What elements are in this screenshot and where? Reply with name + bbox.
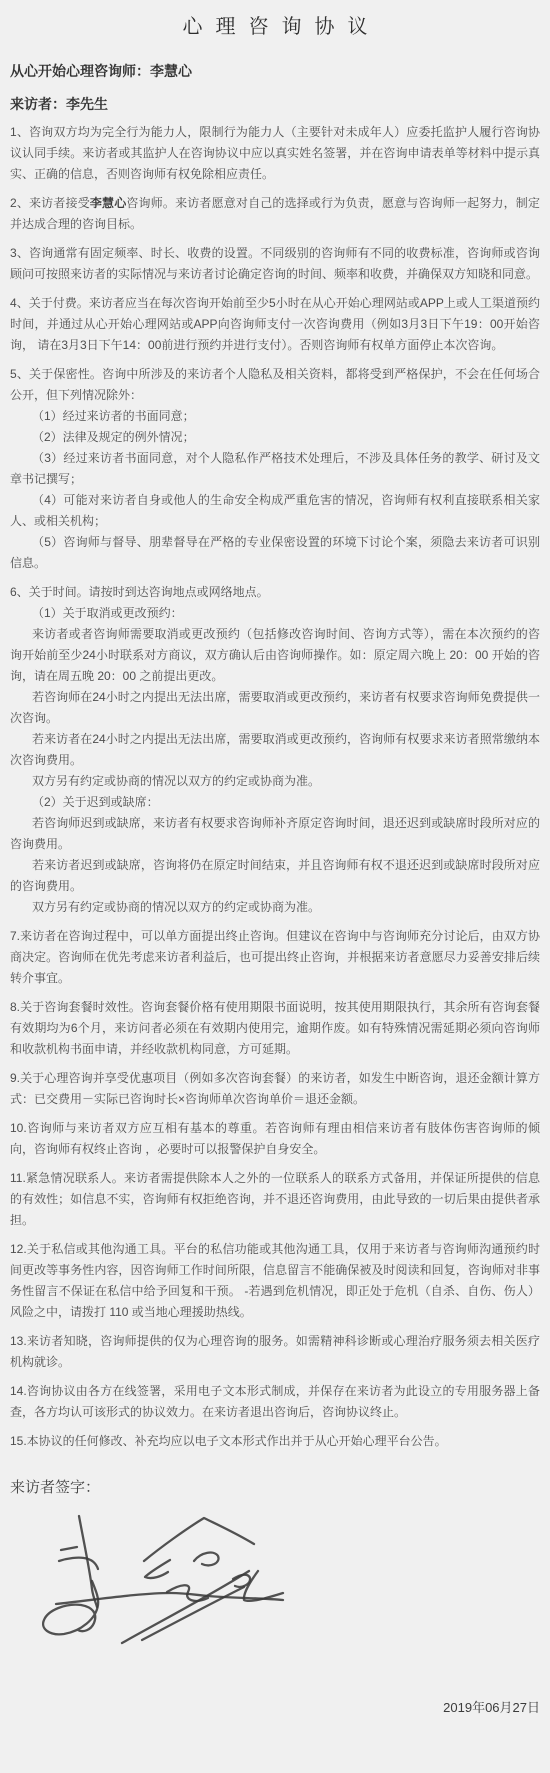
clause-6-subitem-2-para-1: 若咨询师迟到或缺席，来访者有权要求咨询师补齐原定咨询时间，退还迟到或缺席时段所对… [10,813,540,855]
visitor-signature-drawing [36,1503,286,1663]
clause-5-subitem-3: （3）经过来访者书面同意，对个人隐私作严格技术处理后，不涉及具体任务的教学、研讨… [10,448,540,490]
clause-5: 5、关于保密性。咨询中所涉及的来访者个人隐私及相关资料，都将受到严格保护，不会在… [10,364,540,406]
clause-6-subitem-2-para-3: 双方另有约定或协商的情况以双方的约定或协商为准。 [10,897,540,918]
signature-date: 2019年06月27日 [10,1697,540,1716]
clause-6: 6、关于时间。请按时到达咨询地点或网络地点。 [10,582,540,603]
clause-6-subitem-1-para-2: 若咨询师在24小时之内提出无法出席，需要取消或更改预约，来访者有权要求咨询师免费… [10,687,540,729]
clause-5-subitem-2: （2）法律及规定的例外情况； [10,427,540,448]
counselor-name-bold: 李慧心 [90,196,127,210]
clause-1: 1、咨询双方均为完全行为能力人，限制行为能力人（主要针对未成年人）应委托监护人履… [10,122,540,185]
clause-12: 12.关于私信或其他沟通工具。平台的私信功能或其他沟通工具，仅用于来访者与咨询师… [10,1239,540,1323]
document-title: 心理咨询协议 [10,10,540,39]
clause-5-subitem-1: （1）经过来访者的书面同意； [10,406,540,427]
agreement-document: 心理咨询协议 从心开始心理咨询师：李慧心 来访者：李先生 1、咨询双方均为完全行… [0,0,550,1773]
clause-10: 10.咨询师与来访者双方应互相有基本的尊重。若咨询师有理由相信来访者有肢体伤害咨… [10,1118,540,1160]
clause-4: 4、关于付费。来访者应当在每次咨询开始前至少5小时在从心开始心理网站或APP上或… [10,293,540,356]
clause-5-subitem-5: （5）咨询师与督导、朋辈督导在严格的专业保密设置的环境下讨论个案，须隐去来访者可… [10,532,540,574]
clause-6-subitem-2-para-2: 若来访者迟到或缺席，咨询将仍在原定时间结束，并且咨询师有权不退还迟到或缺席时段所… [10,855,540,897]
clause-14: 14.咨询协议由各方在线签署，采用电子文本形式制成，并保存在来访者为此设立的专用… [10,1381,540,1423]
clause-6-subitem-2: （2）关于迟到或缺席： [10,792,540,813]
clause-6-subitem-1: （1）关于取消或更改预约： [10,603,540,624]
visitor-line: 来访者：李先生 [10,94,540,114]
clause-15: 15.本协议的任何修改、补充均应以电子文本形式作出并于从心开始心理平台公告。 [10,1431,540,1452]
clause-6-subitem-1-para-4: 双方另有约定或协商的情况以双方的约定或协商为准。 [10,771,540,792]
clause-6-subitem-1-para-1: 来访者或者咨询师需要取消或更改预约（包括修改咨询时间、咨询方式等），需在本次预约… [10,624,540,687]
visitor-signature-label: 来访者签字： [10,1476,540,1497]
counselor-line: 从心开始心理咨询师：李慧心 [10,61,540,81]
clause-13: 13.来访者知晓，咨询师提供的仅为心理咨询的服务。如需精神科诊断或心理治疗服务须… [10,1331,540,1373]
clause-6-subitem-1-para-3: 若来访者在24小时之内提出无法出席，需要取消或更改预约，咨询师有权要求来访者照常… [10,729,540,771]
clause-8: 8.关于咨询套餐时效性。咨询套餐价格有使用期限书面说明，按其使用期限执行，其余所… [10,997,540,1060]
clause-2-prefix: 2、来访者接受 [10,196,90,210]
clause-3: 3、咨询通常有固定频率、时长、收费的设置。不同级别的咨询师有不同的收费标准，咨询… [10,243,540,285]
clause-9: 9.关于心理咨询并享受优惠项目（例如多次咨询套餐）的来访者，如发生中断咨询，退还… [10,1068,540,1110]
clause-5-subitem-4: （4）可能对来访者自身或他人的生命安全构成严重危害的情况，咨询师有权利直接联系相… [10,490,540,532]
clause-11: 11.紧急情况联系人。来访者需提供除本人之外的一位联系人的联系方式备用，并保证所… [10,1168,540,1231]
clause-7: 7.来访者在咨询过程中，可以单方面提出终止咨询。但建议在咨询中与咨询师充分讨论后… [10,926,540,989]
clause-2: 2、来访者接受李慧心咨询师。来访者愿意对自己的选择或行为负责，愿意与咨询师一起努… [10,193,540,235]
